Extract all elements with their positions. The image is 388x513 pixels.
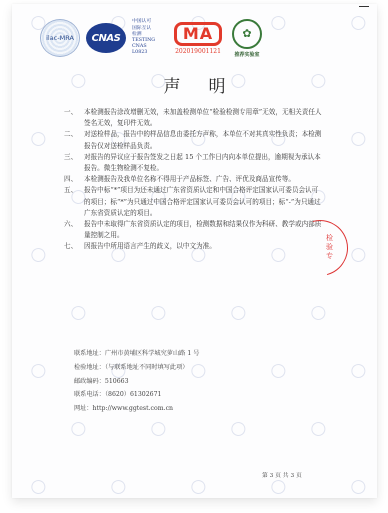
watermark-logo-icon xyxy=(69,412,102,443)
item-text: 报告中标“*”项目为还未通过广东省资质认定和中国合格评定国家认可委员会认可的项目… xyxy=(84,185,322,219)
page-number: 第 3 页 共 3 页 xyxy=(262,470,302,479)
watermark-logo-icon xyxy=(309,296,342,327)
ilac-mra-logo: ilac-MRA xyxy=(40,19,80,57)
item-number: 二、 xyxy=(64,129,84,151)
watermark-logo-icon xyxy=(229,296,262,327)
corner-mark xyxy=(359,6,369,7)
item-number: 七、 xyxy=(64,241,84,252)
watermark-logo-icon xyxy=(109,470,142,498)
item-number: 四、 xyxy=(64,174,84,185)
cnas-logo: CNAS xyxy=(86,23,126,53)
website: 网址：http://www.ggtest.com.cn xyxy=(74,402,199,416)
page-title: 声明 xyxy=(12,72,377,97)
declaration-item: 七、因报告中所用语言产生的歧义，以中文为准。 xyxy=(64,241,322,252)
cma-mark: MA xyxy=(174,22,222,46)
watermark-logo-icon xyxy=(29,470,62,498)
watermark-logo-icon xyxy=(349,238,377,269)
watermark-logo-icon xyxy=(349,470,377,498)
recommended-lab-logo: ✿ 推荐实验室 xyxy=(232,19,262,58)
document-page: ilac-MRA CNAS 中国认可 国际互认 检测 TESTING CNAS … xyxy=(12,4,377,498)
inspection-address: 检验地址：（与联系地址不同时填写此项） xyxy=(74,361,199,375)
watermark-logo-icon xyxy=(189,470,222,498)
cma-logo: MA 202019001121 xyxy=(174,22,222,55)
item-number: 三、 xyxy=(64,152,84,174)
declaration-item: 四、本检测报告及我单位名称不得用于产品标签、广告、评优及商品宣传等。 xyxy=(64,174,322,185)
lab-label: 推荐实验室 xyxy=(234,51,259,58)
watermark-logo-icon xyxy=(149,296,182,327)
item-number: 六、 xyxy=(64,219,84,241)
watermark-logo-icon xyxy=(349,354,377,385)
watermark-logo-icon xyxy=(29,354,62,385)
item-text: 对报告的异议应于报告签发之日起 15 个工作日内向本单位提出，逾期视为承认本报告… xyxy=(84,152,322,174)
postal-code: 邮政编码：510663 xyxy=(74,375,199,389)
declaration-list: 一、本检测报告涂改增删无效，未加盖检测单位“检验检测专用章”无效，无相关责任人签… xyxy=(64,107,322,253)
declaration-item: 一、本检测报告涂改增删无效，未加盖检测单位“检验检测专用章”无效，无相关责任人签… xyxy=(64,107,322,129)
declaration-item: 三、对报告的异议应于报告签发之日起 15 个工作日内向本单位提出，逾期视为承认本… xyxy=(64,152,322,174)
seal-text: 检验专 xyxy=(326,234,334,261)
watermark-logo-icon xyxy=(349,122,377,153)
watermark-logo-icon xyxy=(349,6,377,37)
watermark-logo-icon xyxy=(309,412,342,443)
item-number: 五、 xyxy=(64,185,84,219)
watermark-logo-icon xyxy=(29,122,62,153)
cnas-text-line: CNAS L0823 xyxy=(132,44,162,56)
watermark-logo-icon xyxy=(269,6,302,37)
watermark-logo-icon xyxy=(269,354,302,385)
cnas-accreditation-text: 中国认可 国际互认 检测 TESTING CNAS L0823 xyxy=(132,19,162,56)
watermark-logo-icon xyxy=(29,238,62,269)
contact-phone: 联系电话：（8620）61302671 xyxy=(74,388,199,402)
item-text: 因报告中所用语言产生的歧义，以中文为准。 xyxy=(84,241,322,252)
item-text: 报告中未取得广东省资质认定的项目，检测数据和结果仅作为科研、教学或内部质量控制之… xyxy=(84,219,322,241)
item-text: 本检测报告涂改增删无效，未加盖检测单位“检验检测专用章”无效，无相关责任人签名无… xyxy=(84,107,322,129)
declaration-item: 六、报告中未取得广东省资质认定的项目，检测数据和结果仅作为科研、教学或内部质量控… xyxy=(64,219,322,241)
certification-logos: ilac-MRA CNAS 中国认可 国际互认 检测 TESTING CNAS … xyxy=(40,18,262,58)
item-text: 对送检样品，报告中的样品信息由委托方声称，本单位不对其真实性负责；本检测报告仅对… xyxy=(84,129,322,151)
item-text: 本检测报告及我单位名称不得用于产品标签、广告、评优及商品宣传等。 xyxy=(84,174,322,185)
watermark-logo-icon xyxy=(229,412,262,443)
cma-number: 202019001121 xyxy=(175,48,221,55)
contact-info: 联系地址：广州市黄埔区科学城究萝山路 1 号 检验地址：（与联系地址不同时填写此… xyxy=(74,347,199,416)
watermark-logo-icon xyxy=(69,296,102,327)
contact-address: 联系地址：广州市黄埔区科学城究萝山路 1 号 xyxy=(74,347,199,361)
declaration-item: 二、对送检样品，报告中的样品信息由委托方声称，本单位不对其真实性负责；本检测报告… xyxy=(64,129,322,151)
declaration-item: 五、报告中标“*”项目为还未通过广东省资质认定和中国合格评定国家认可委员会认可的… xyxy=(64,185,322,219)
lab-emblem-icon: ✿ xyxy=(232,19,262,49)
item-number: 一、 xyxy=(64,107,84,129)
watermark-logo-icon xyxy=(149,412,182,443)
